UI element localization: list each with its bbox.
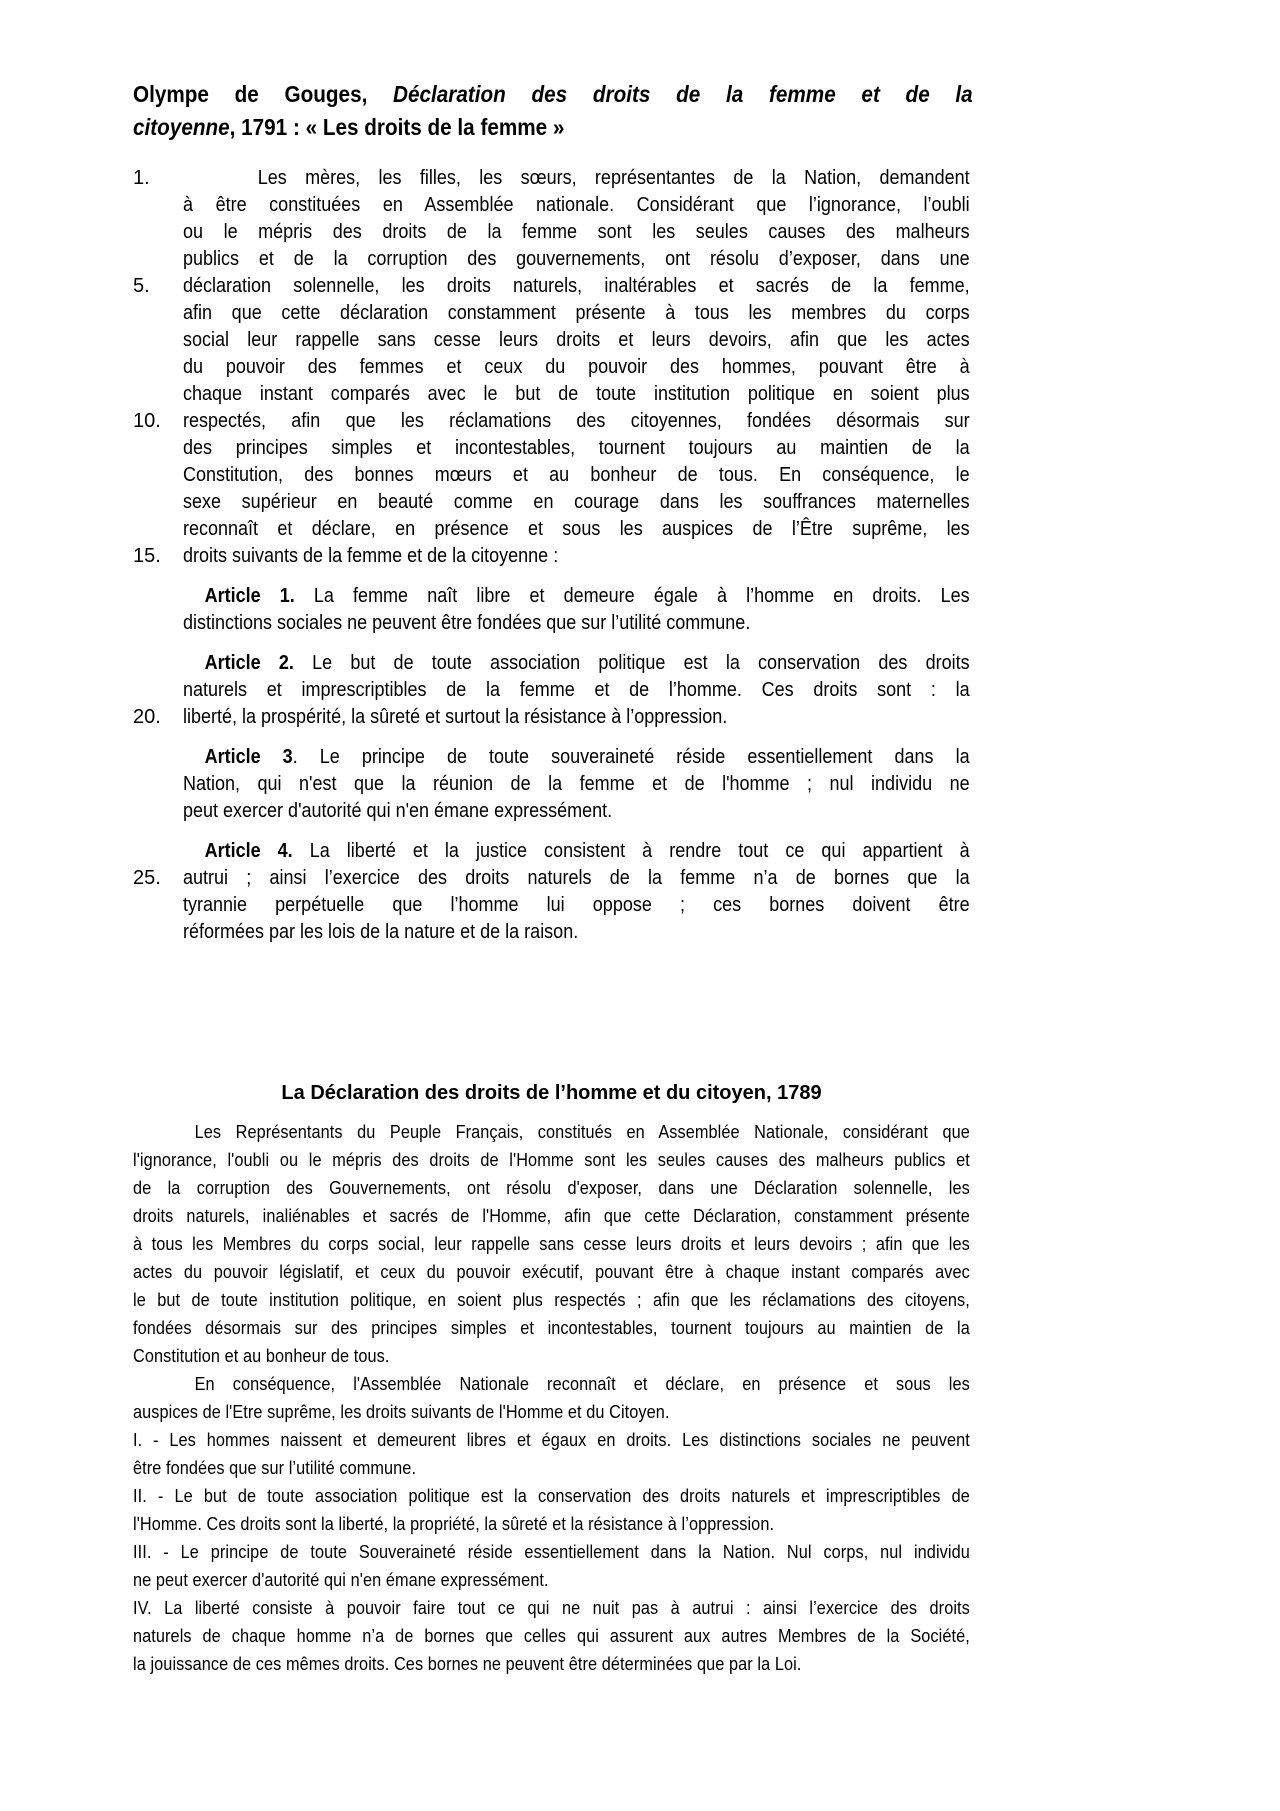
paragraph-line: du pouvoir des femmes et ceux du pouvoir… — [183, 354, 970, 381]
paragraph-line: Constitution, des bonnes mœurs et au bon… — [183, 462, 970, 489]
line-number — [133, 610, 183, 637]
text-line: En conséquence, l'Assemblée Nationale re… — [133, 1370, 970, 1398]
line-number — [133, 327, 183, 354]
text-line: 15.droits suivants de la femme et de la … — [133, 543, 1280, 570]
line-number — [133, 246, 183, 273]
line-number: 25. — [133, 865, 183, 892]
paragraph-line: actes du pouvoir législatif, et ceux du … — [133, 1258, 970, 1286]
text-line: 5.déclaration solennelle, les droits nat… — [133, 273, 1280, 300]
doc-title-work: Déclaration des droits de la femme et de… — [393, 81, 973, 107]
article-label: Article 1. — [205, 585, 295, 607]
article-line: autrui ; ainsi l’exercice des droits nat… — [183, 865, 970, 892]
doc-title-line: citoyenne, 1791 : « Les droits de la fem… — [133, 111, 973, 144]
text-line: du pouvoir des femmes et ceux du pouvoir… — [133, 354, 1280, 381]
text-line: Article 2. Le but de toute association p… — [133, 650, 1280, 677]
article-label: Article 3 — [205, 746, 293, 768]
text-line: sexe supérieur en beauté comme en courag… — [133, 489, 1280, 516]
line-number: 10. — [133, 408, 183, 435]
text-line: 10.respectés, afin que les réclamations … — [133, 408, 1280, 435]
declaration-item-line: I. - Les hommes naissent et demeurent li… — [133, 1426, 970, 1454]
paragraph-line: auspices de l'Etre suprême, les droits s… — [133, 1398, 970, 1426]
paragraph-line: chaque instant comparés avec le but de t… — [183, 381, 970, 408]
paragraph-line: sexe supérieur en beauté comme en courag… — [183, 489, 970, 516]
text-line: Article 1. La femme naît libre et demeur… — [133, 583, 1280, 610]
text-line: ne peut exercer d'autorité qui n'en éman… — [133, 1566, 970, 1594]
paragraph-line: respectés, afin que les réclamations des… — [183, 408, 970, 435]
paragraph-line: de la corruption des Gouvernements, ont … — [133, 1174, 970, 1202]
article-label: Article 2. — [205, 652, 294, 674]
paragraph-line: Les Représentants du Peuple Français, co… — [133, 1118, 970, 1146]
paragraph-line: reconnaît et déclare, en présence et sou… — [183, 516, 970, 543]
text-line: fondées désormais sur des principes simp… — [133, 1314, 970, 1342]
article-text: La femme naît libre et demeure égale à l… — [295, 585, 970, 607]
declaration-item-line: II. - Le but de toute association politi… — [133, 1482, 970, 1510]
paragraph-line: droits naturels, inaliénables et sacrés … — [133, 1202, 970, 1230]
text-line: 20.liberté, la prospérité, la sûreté et … — [133, 704, 1280, 731]
text-line: être fondées que sur l’utilité commune. — [133, 1454, 970, 1482]
text-line: tyrannie perpétuelle que l’homme lui opp… — [133, 892, 1280, 919]
line-number — [133, 650, 183, 677]
declaration-item-line: III. - Le principe de toute Souveraineté… — [133, 1538, 970, 1566]
line-number: 20. — [133, 704, 183, 731]
doc-title-suffix: , 1791 : « Les droits de la femme » — [230, 114, 565, 140]
section-heading: La Déclaration des droits de l’homme et … — [133, 1078, 970, 1108]
paragraph-line: afin que cette déclaration constamment p… — [183, 300, 970, 327]
line-number — [133, 300, 183, 327]
text-line: Les Représentants du Peuple Français, co… — [133, 1118, 970, 1146]
text-line: chaque instant comparés avec le but de t… — [133, 381, 1280, 408]
text-line: Article 4. La liberté et la justice cons… — [133, 838, 1280, 865]
line-number — [133, 798, 183, 825]
line-number — [133, 516, 183, 543]
line-number — [133, 489, 183, 516]
paragraph-line: ou le mépris des droits de la femme sont… — [183, 219, 970, 246]
paragraph-line: déclaration solennelle, les droits natur… — [183, 273, 970, 300]
text-line: Article 3. Le principe de toute souverai… — [133, 744, 1280, 771]
text-line: l'ignorance, l'oubli ou le mépris des dr… — [133, 1146, 970, 1174]
text-line: Constitution, des bonnes mœurs et au bon… — [133, 462, 1280, 489]
text-line: naturels et imprescriptibles de la femme… — [133, 677, 1280, 704]
paragraph-line: à être constituées en Assemblée national… — [183, 192, 970, 219]
article-text: Le but de toute association politique es… — [294, 652, 970, 674]
paragraph-line: social leur rappelle sans cesse leurs dr… — [183, 327, 970, 354]
declaration-item-line: l'Homme. Ces droits sont la liberté, la … — [133, 1510, 970, 1538]
line-number: 5. — [133, 273, 183, 300]
line-number — [133, 354, 183, 381]
text-line: droits naturels, inaliénables et sacrés … — [133, 1202, 970, 1230]
numbered-text-block: 1.Les mères, les filles, les sœurs, repr… — [0, 165, 1280, 946]
declaration-item-line: IV. La liberté consiste à pouvoir faire … — [133, 1594, 970, 1622]
text-line: 25.autrui ; ainsi l’exercice des droits … — [133, 865, 1280, 892]
paragraph-line: à tous les Membres du corps social, leur… — [133, 1230, 970, 1258]
line-number — [133, 219, 183, 246]
text-line: Nation, qui n'est que la réunion de la f… — [133, 771, 1280, 798]
line-number — [133, 744, 183, 771]
line-number — [133, 462, 183, 489]
text-line: III. - Le principe de toute Souveraineté… — [133, 1538, 970, 1566]
text-line: actes du pouvoir législatif, et ceux du … — [133, 1258, 970, 1286]
declaration-item-line: la jouissance de ces mêmes droits. Ces b… — [133, 1650, 970, 1678]
text-line: naturels de chaque homme n’a de bornes q… — [133, 1622, 970, 1650]
text-line: l'Homme. Ces droits sont la liberté, la … — [133, 1510, 970, 1538]
text-line: distinctions sociales ne peuvent être fo… — [133, 610, 1280, 637]
paragraph-line: droits suivants de la femme et de la cit… — [183, 543, 970, 570]
article-line: peut exercer d'autorité qui n'en émane e… — [183, 798, 970, 825]
article-line: Article 2. Le but de toute association p… — [183, 650, 970, 677]
text-line: auspices de l'Etre suprême, les droits s… — [133, 1398, 970, 1426]
article-text: . Le principe de toute souveraineté rési… — [293, 746, 970, 768]
declaration-1789-block: Les Représentants du Peuple Français, co… — [0, 1118, 1280, 1678]
article-line: Article 1. La femme naît libre et demeur… — [183, 583, 970, 610]
article-line: Article 3. Le principe de toute souverai… — [183, 744, 970, 771]
line-number — [133, 435, 183, 462]
doc-title-author: Olympe de Gouges, — [133, 81, 393, 107]
article-line: réformées par les lois de la nature et d… — [183, 919, 970, 946]
article-line: tyrannie perpétuelle que l’homme lui opp… — [183, 892, 970, 919]
article-label: Article 4. — [205, 840, 293, 862]
article-line: naturels et imprescriptibles de la femme… — [183, 677, 970, 704]
line-number — [133, 919, 183, 946]
paragraph-line: Les mères, les filles, les sœurs, représ… — [183, 165, 970, 192]
paragraph-line: l'ignorance, l'oubli ou le mépris des dr… — [133, 1146, 970, 1174]
paragraph-line: le but de toute institution politique, e… — [133, 1286, 970, 1314]
paragraph-line: En conséquence, l'Assemblée Nationale re… — [133, 1370, 970, 1398]
declaration-item-line: naturels de chaque homme n’a de bornes q… — [133, 1622, 970, 1650]
text-line: ou le mépris des droits de la femme sont… — [133, 219, 1280, 246]
article-line: Nation, qui n'est que la réunion de la f… — [183, 771, 970, 798]
paragraph-line: fondées désormais sur des principes simp… — [133, 1314, 970, 1342]
article-text: La liberté et la justice consistent à re… — [293, 840, 970, 862]
line-number — [133, 381, 183, 408]
line-number — [133, 583, 183, 610]
doc-title-line: Olympe de Gouges, Déclaration des droits… — [133, 78, 973, 111]
text-line: IV. La liberté consiste à pouvoir faire … — [133, 1594, 970, 1622]
paragraph-line: des principes simples et incontestables,… — [183, 435, 970, 462]
text-line: Constitution et au bonheur de tous. — [133, 1342, 970, 1370]
text-line: social leur rappelle sans cesse leurs dr… — [133, 327, 1280, 354]
text-line: 1.Les mères, les filles, les sœurs, repr… — [133, 165, 1280, 192]
text-line: le but de toute institution politique, e… — [133, 1286, 970, 1314]
text-line: publics et de la corruption des gouverne… — [133, 246, 1280, 273]
text-line: réformées par les lois de la nature et d… — [133, 919, 1280, 946]
line-number — [133, 677, 183, 704]
paragraph-line: Constitution et au bonheur de tous. — [133, 1342, 970, 1370]
text-line: II. - Le but de toute association politi… — [133, 1482, 970, 1510]
text-line: I. - Les hommes naissent et demeurent li… — [133, 1426, 970, 1454]
document-page: Olympe de Gouges, Déclaration des droits… — [0, 0, 1280, 1811]
line-number — [133, 192, 183, 219]
text-line: de la corruption des Gouvernements, ont … — [133, 1174, 970, 1202]
text-line: des principes simples et incontestables,… — [133, 435, 1280, 462]
text-line: peut exercer d'autorité qui n'en émane e… — [133, 798, 1280, 825]
text-line: reconnaît et déclare, en présence et sou… — [133, 516, 1280, 543]
declaration-item-line: être fondées que sur l’utilité commune. — [133, 1454, 970, 1482]
text-line: à être constituées en Assemblée national… — [133, 192, 1280, 219]
doc-title: Olympe de Gouges, Déclaration des droits… — [133, 78, 973, 144]
declaration-item-line: ne peut exercer d'autorité qui n'en éman… — [133, 1566, 970, 1594]
line-number: 15. — [133, 543, 183, 570]
line-number — [133, 892, 183, 919]
paragraph-line: publics et de la corruption des gouverne… — [183, 246, 970, 273]
line-number — [133, 771, 183, 798]
line-number: 1. — [133, 165, 183, 192]
article-line: Article 4. La liberté et la justice cons… — [183, 838, 970, 865]
doc-title-work: citoyenne — [133, 114, 230, 140]
text-line: la jouissance de ces mêmes droits. Ces b… — [133, 1650, 970, 1678]
line-number — [133, 838, 183, 865]
text-line: afin que cette déclaration constamment p… — [133, 300, 1280, 327]
article-line: distinctions sociales ne peuvent être fo… — [183, 610, 970, 637]
article-line: liberté, la prospérité, la sûreté et sur… — [183, 704, 970, 731]
text-line: à tous les Membres du corps social, leur… — [133, 1230, 970, 1258]
